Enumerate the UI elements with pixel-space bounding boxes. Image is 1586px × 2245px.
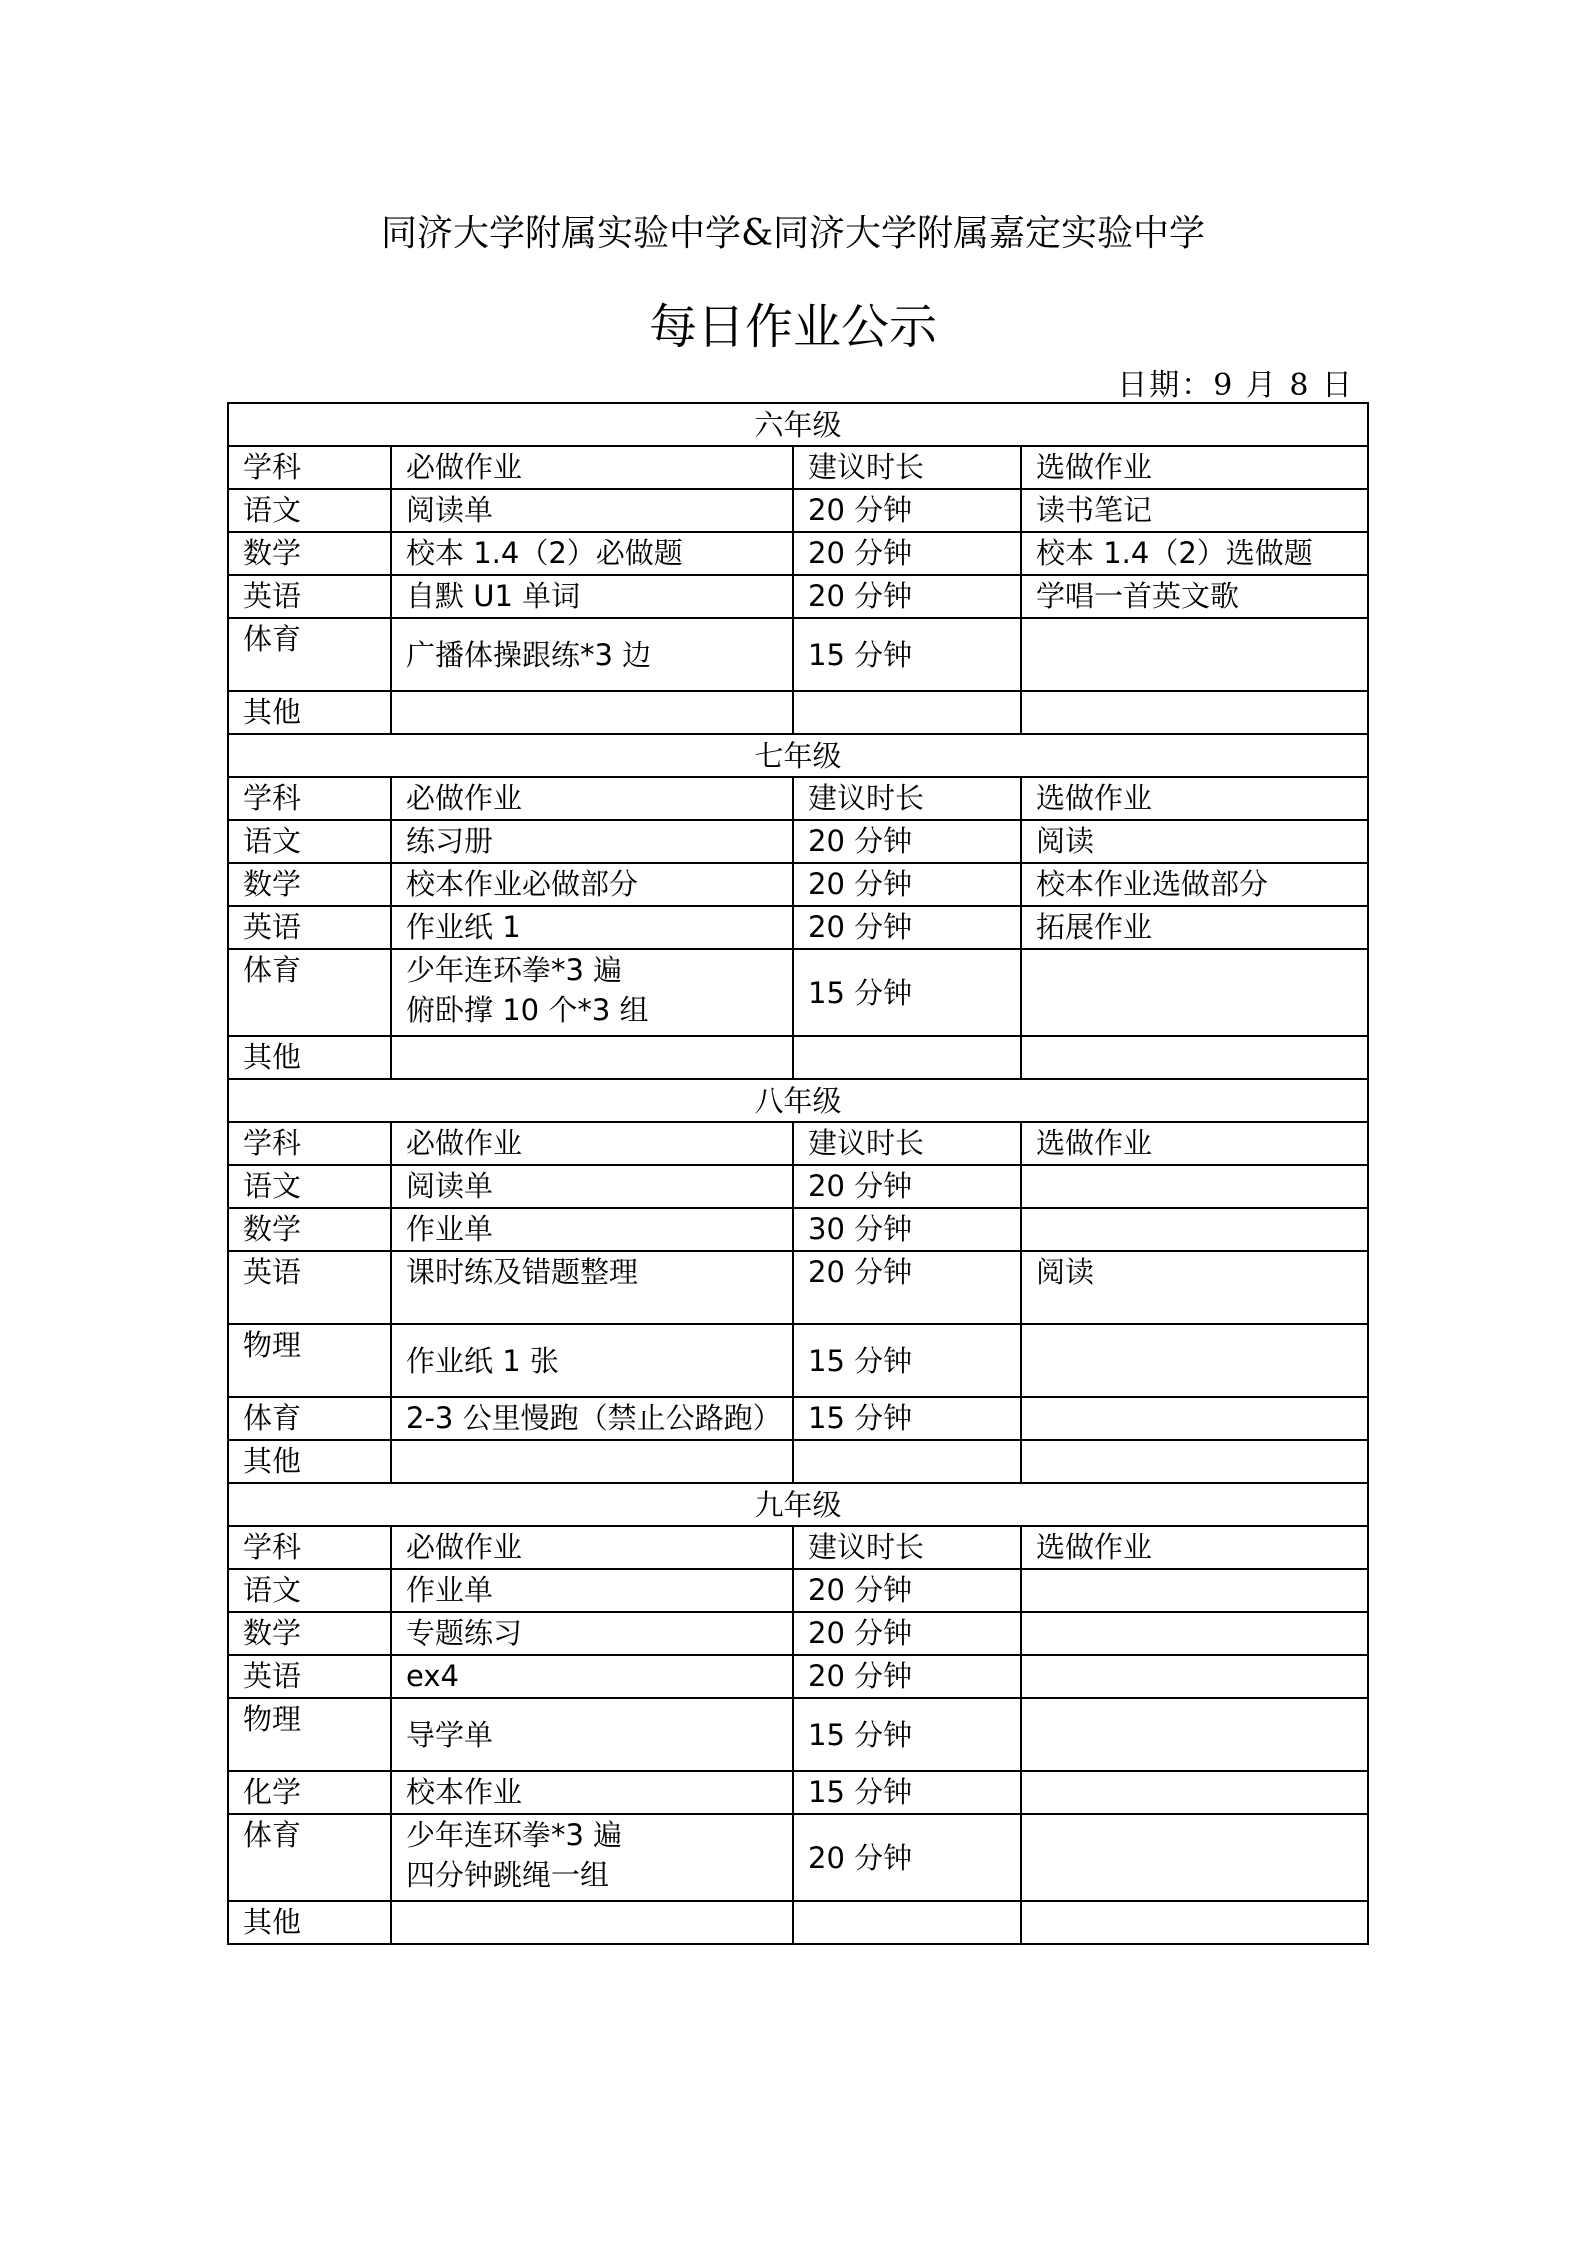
table-row: 其他 bbox=[228, 1036, 1368, 1079]
duration-cell bbox=[793, 1440, 1021, 1483]
required-cell: 2-3 公里慢跑（禁止公路跑） bbox=[391, 1397, 793, 1440]
duration-cell: 20 分钟 bbox=[793, 820, 1021, 863]
table-row: 数学 校本作业必做部分 20 分钟 校本作业选做部分 bbox=[228, 863, 1368, 906]
subject-cell: 物理 bbox=[228, 1698, 391, 1771]
table-row: 英语 自默 U1 单词 20 分钟 学唱一首英文歌 bbox=[228, 575, 1368, 618]
header-duration: 建议时长 bbox=[793, 1122, 1021, 1165]
subject-cell: 体育 bbox=[228, 949, 391, 1036]
duration-cell: 20 分钟 bbox=[793, 1814, 1021, 1901]
optional-cell bbox=[1021, 1324, 1368, 1397]
duration-cell: 15 分钟 bbox=[793, 1397, 1021, 1440]
required-cell: 作业纸 1 bbox=[391, 906, 793, 949]
subject-cell: 语文 bbox=[228, 1569, 391, 1612]
duration-cell: 15 分钟 bbox=[793, 618, 1021, 691]
subject-cell: 体育 bbox=[228, 618, 391, 691]
table-row: 语文 作业单 20 分钟 bbox=[228, 1569, 1368, 1612]
table-row: 化学 校本作业 15 分钟 bbox=[228, 1771, 1368, 1814]
required-cell bbox=[391, 691, 793, 734]
table-row: 英语 作业纸 1 20 分钟 拓展作业 bbox=[228, 906, 1368, 949]
page-title: 每日作业公示 bbox=[0, 288, 1586, 357]
duration-cell: 15 分钟 bbox=[793, 1771, 1021, 1814]
optional-cell bbox=[1021, 618, 1368, 691]
table-row: 其他 bbox=[228, 1901, 1368, 1944]
table-row: 语文 练习册 20 分钟 阅读 bbox=[228, 820, 1368, 863]
header-required: 必做作业 bbox=[391, 1122, 793, 1165]
duration-cell: 20 分钟 bbox=[793, 489, 1021, 532]
optional-cell: 读书笔记 bbox=[1021, 489, 1368, 532]
table-row: 其他 bbox=[228, 1440, 1368, 1483]
optional-cell: 校本作业选做部分 bbox=[1021, 863, 1368, 906]
duration-cell: 20 分钟 bbox=[793, 906, 1021, 949]
required-line: 四分钟跳绳一组 bbox=[406, 1855, 778, 1895]
header-required: 必做作业 bbox=[391, 446, 793, 489]
table-row: 数学 校本 1.4（2）必做题 20 分钟 校本 1.4（2）选做题 bbox=[228, 532, 1368, 575]
subject-cell: 英语 bbox=[228, 1251, 391, 1324]
header-subject: 学科 bbox=[228, 446, 391, 489]
required-cell: 校本 1.4（2）必做题 bbox=[391, 532, 793, 575]
grade-section-8: 八年级 学科 必做作业 建议时长 选做作业 语文 阅读单 20 分钟 数学 作业… bbox=[228, 1079, 1368, 1483]
subject-cell: 体育 bbox=[228, 1814, 391, 1901]
optional-cell bbox=[1021, 1208, 1368, 1251]
header-optional: 选做作业 bbox=[1021, 1526, 1368, 1569]
optional-cell bbox=[1021, 691, 1368, 734]
column-header-row: 学科 必做作业 建议时长 选做作业 bbox=[228, 1122, 1368, 1165]
grade-heading: 九年级 bbox=[228, 1483, 1368, 1526]
required-cell: 作业单 bbox=[391, 1208, 793, 1251]
header-optional: 选做作业 bbox=[1021, 777, 1368, 820]
duration-cell: 20 分钟 bbox=[793, 1251, 1021, 1324]
header-duration: 建议时长 bbox=[793, 1526, 1021, 1569]
duration-cell: 20 分钟 bbox=[793, 1569, 1021, 1612]
required-cell: 作业单 bbox=[391, 1569, 793, 1612]
header-duration: 建议时长 bbox=[793, 446, 1021, 489]
header-subject: 学科 bbox=[228, 1122, 391, 1165]
table-row: 体育 广播体操跟练*3 边 15 分钟 bbox=[228, 618, 1368, 691]
subject-cell: 语文 bbox=[228, 489, 391, 532]
optional-cell bbox=[1021, 1165, 1368, 1208]
duration-cell: 20 分钟 bbox=[793, 1655, 1021, 1698]
grade-heading: 七年级 bbox=[228, 734, 1368, 777]
duration-cell bbox=[793, 691, 1021, 734]
required-line: 俯卧撑 10 个*3 组 bbox=[406, 990, 778, 1030]
duration-cell: 15 分钟 bbox=[793, 949, 1021, 1036]
duration-cell: 15 分钟 bbox=[793, 1324, 1021, 1397]
header-optional: 选做作业 bbox=[1021, 1122, 1368, 1165]
duration-cell bbox=[793, 1901, 1021, 1944]
optional-cell: 学唱一首英文歌 bbox=[1021, 575, 1368, 618]
subject-cell: 其他 bbox=[228, 1036, 391, 1079]
table-row: 英语 ex4 20 分钟 bbox=[228, 1655, 1368, 1698]
grade-section-6: 六年级 学科 必做作业 建议时长 选做作业 语文 阅读单 20 分钟 读书笔记 … bbox=[228, 403, 1368, 734]
column-header-row: 学科 必做作业 建议时长 选做作业 bbox=[228, 777, 1368, 820]
table-row: 语文 阅读单 20 分钟 bbox=[228, 1165, 1368, 1208]
required-cell: 校本作业 bbox=[391, 1771, 793, 1814]
required-cell: ex4 bbox=[391, 1655, 793, 1698]
table-row: 体育 2-3 公里慢跑（禁止公路跑） 15 分钟 bbox=[228, 1397, 1368, 1440]
optional-cell bbox=[1021, 1771, 1368, 1814]
required-cell: 练习册 bbox=[391, 820, 793, 863]
duration-cell: 20 分钟 bbox=[793, 1612, 1021, 1655]
duration-cell: 20 分钟 bbox=[793, 532, 1021, 575]
optional-cell bbox=[1021, 1655, 1368, 1698]
subject-cell: 其他 bbox=[228, 1440, 391, 1483]
subject-cell: 英语 bbox=[228, 1655, 391, 1698]
table-row: 体育 少年连环拳*3 遍 俯卧撑 10 个*3 组 15 分钟 bbox=[228, 949, 1368, 1036]
grade-section-9: 九年级 学科 必做作业 建议时长 选做作业 语文 作业单 20 分钟 数学 专题… bbox=[228, 1483, 1368, 1944]
table-row: 其他 bbox=[228, 691, 1368, 734]
header-subject: 学科 bbox=[228, 777, 391, 820]
optional-cell bbox=[1021, 1036, 1368, 1079]
required-cell: 少年连环拳*3 遍 四分钟跳绳一组 bbox=[391, 1814, 793, 1901]
subject-cell: 英语 bbox=[228, 906, 391, 949]
subject-cell: 体育 bbox=[228, 1397, 391, 1440]
optional-cell: 拓展作业 bbox=[1021, 906, 1368, 949]
required-cell: 导学单 bbox=[391, 1698, 793, 1771]
optional-cell bbox=[1021, 1569, 1368, 1612]
homework-table: 六年级 学科 必做作业 建议时长 选做作业 语文 阅读单 20 分钟 读书笔记 … bbox=[227, 402, 1369, 1945]
table-row: 物理 作业纸 1 张 15 分钟 bbox=[228, 1324, 1368, 1397]
subject-cell: 数学 bbox=[228, 863, 391, 906]
grade-heading: 六年级 bbox=[228, 403, 1368, 446]
optional-cell: 校本 1.4（2）选做题 bbox=[1021, 532, 1368, 575]
duration-cell: 15 分钟 bbox=[793, 1698, 1021, 1771]
duration-cell bbox=[793, 1036, 1021, 1079]
required-cell bbox=[391, 1440, 793, 1483]
grade-heading: 八年级 bbox=[228, 1079, 1368, 1122]
required-cell bbox=[391, 1036, 793, 1079]
subject-cell: 其他 bbox=[228, 1901, 391, 1944]
subject-cell: 数学 bbox=[228, 1612, 391, 1655]
subject-cell: 化学 bbox=[228, 1771, 391, 1814]
required-cell: 校本作业必做部分 bbox=[391, 863, 793, 906]
optional-cell bbox=[1021, 1814, 1368, 1901]
optional-cell bbox=[1021, 1698, 1368, 1771]
duration-cell: 20 分钟 bbox=[793, 1165, 1021, 1208]
header-required: 必做作业 bbox=[391, 1526, 793, 1569]
date-label: 日期：9 月 8 日 bbox=[1117, 360, 1354, 404]
table-row: 物理 导学单 15 分钟 bbox=[228, 1698, 1368, 1771]
subject-cell: 其他 bbox=[228, 691, 391, 734]
subject-cell: 语文 bbox=[228, 1165, 391, 1208]
header-subject: 学科 bbox=[228, 1526, 391, 1569]
required-cell: 阅读单 bbox=[391, 489, 793, 532]
subject-cell: 语文 bbox=[228, 820, 391, 863]
required-cell bbox=[391, 1901, 793, 1944]
duration-cell: 20 分钟 bbox=[793, 863, 1021, 906]
subject-cell: 数学 bbox=[228, 1208, 391, 1251]
optional-cell bbox=[1021, 1612, 1368, 1655]
grade-section-7: 七年级 学科 必做作业 建议时长 选做作业 语文 练习册 20 分钟 阅读 数学… bbox=[228, 734, 1368, 1079]
header-duration: 建议时长 bbox=[793, 777, 1021, 820]
optional-cell bbox=[1021, 1397, 1368, 1440]
optional-cell: 阅读 bbox=[1021, 820, 1368, 863]
required-cell: 课时练及错题整理 bbox=[391, 1251, 793, 1324]
header-required: 必做作业 bbox=[391, 777, 793, 820]
required-cell: 作业纸 1 张 bbox=[391, 1324, 793, 1397]
required-cell: 自默 U1 单词 bbox=[391, 575, 793, 618]
header-optional: 选做作业 bbox=[1021, 446, 1368, 489]
required-cell: 少年连环拳*3 遍 俯卧撑 10 个*3 组 bbox=[391, 949, 793, 1036]
subject-cell: 物理 bbox=[228, 1324, 391, 1397]
duration-cell: 30 分钟 bbox=[793, 1208, 1021, 1251]
optional-cell bbox=[1021, 1901, 1368, 1944]
optional-cell bbox=[1021, 1440, 1368, 1483]
table-row: 语文 阅读单 20 分钟 读书笔记 bbox=[228, 489, 1368, 532]
optional-cell: 阅读 bbox=[1021, 1251, 1368, 1324]
subject-cell: 英语 bbox=[228, 575, 391, 618]
table-row: 数学 专题练习 20 分钟 bbox=[228, 1612, 1368, 1655]
required-cell: 广播体操跟练*3 边 bbox=[391, 618, 793, 691]
required-line: 少年连环拳*3 遍 bbox=[406, 1815, 778, 1855]
table-row: 体育 少年连环拳*3 遍 四分钟跳绳一组 20 分钟 bbox=[228, 1814, 1368, 1901]
table-row: 英语 课时练及错题整理 20 分钟 阅读 bbox=[228, 1251, 1368, 1324]
duration-cell: 20 分钟 bbox=[793, 575, 1021, 618]
required-cell: 专题练习 bbox=[391, 1612, 793, 1655]
column-header-row: 学科 必做作业 建议时长 选做作业 bbox=[228, 446, 1368, 489]
subject-cell: 数学 bbox=[228, 532, 391, 575]
required-line: 少年连环拳*3 遍 bbox=[406, 950, 778, 990]
school-name: 同济大学附属实验中学&同济大学附属嘉定实验中学 bbox=[0, 205, 1586, 256]
table-row: 数学 作业单 30 分钟 bbox=[228, 1208, 1368, 1251]
required-cell: 阅读单 bbox=[391, 1165, 793, 1208]
column-header-row: 学科 必做作业 建议时长 选做作业 bbox=[228, 1526, 1368, 1569]
optional-cell bbox=[1021, 949, 1368, 1036]
